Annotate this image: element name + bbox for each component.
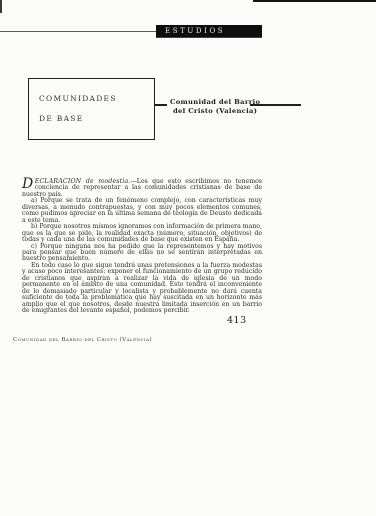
paragraph-closing: En todo caso lo que sigue tendrá unas pr…: [22, 263, 262, 315]
rubric-line2: DE BASE: [39, 114, 84, 123]
article-title-line1: Comunidad del Barrio: [170, 98, 260, 106]
rubric-box: COMUNIDADES DE BASE: [28, 78, 155, 140]
article-title: Comunidad del Barrio del Cristo (Valenci…: [170, 98, 265, 116]
paragraph-a: a) Porque se trata de un fenómeno comple…: [22, 198, 262, 224]
lead-paragraph: DECLARACION de modestia.—Los que esto es…: [22, 179, 262, 198]
title-connector-rule: [155, 104, 167, 106]
scan-edge-artifact-top: [253, 0, 376, 2]
title-rule: [250, 104, 301, 106]
rubric-line1: COMUNIDADES: [39, 94, 117, 103]
document-page: ESTUDIOS COMUNIDADES DE BASE Comunidad d…: [0, 0, 376, 516]
running-footer: Comunidad del Barrio del Cristo (Valenci…: [13, 337, 152, 343]
section-header: ESTUDIOS: [156, 25, 262, 38]
dropcap: D: [22, 179, 33, 190]
page-number: 413: [227, 315, 247, 326]
article-body: DECLARACION de modestia.—Los que esto es…: [22, 179, 262, 315]
paragraph-b: b) Porque nosotros mismos ignoramos con …: [22, 224, 262, 243]
article-title-line2: del Cristo (Valencia): [173, 107, 265, 116]
header-rule: [0, 31, 157, 32]
paragraph-c: c) Porque ninguna nos ha pedido que la r…: [22, 244, 262, 263]
scan-edge-artifact-left: [0, 0, 2, 13]
